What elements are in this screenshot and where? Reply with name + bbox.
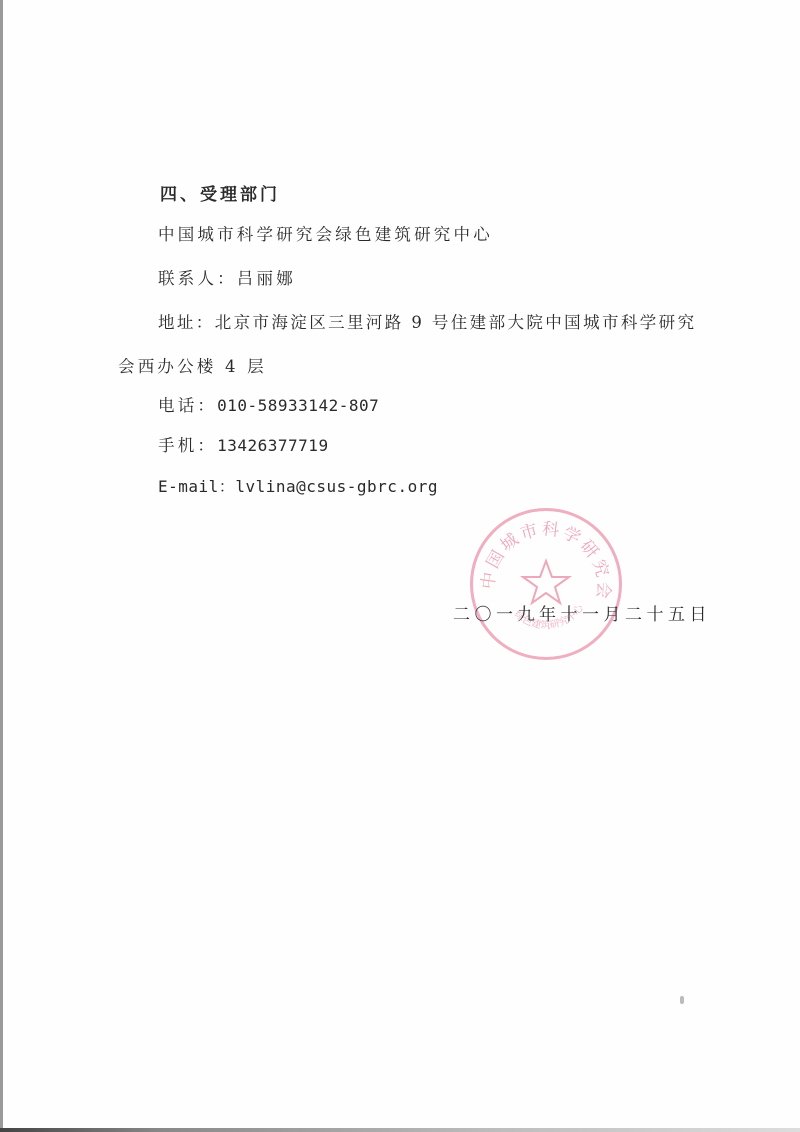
scan-edge-left	[0, 0, 3, 1132]
mobile-label: 手机：	[158, 436, 217, 455]
email-address: lvlina@csus-gbrc.org	[235, 477, 438, 496]
email-row: E-mail：lvlina@csus-gbrc.org	[158, 474, 438, 497]
contact-person: 联系人：吕丽娜	[158, 265, 296, 289]
address-line-2: 会西办公楼 4 层	[118, 353, 267, 377]
phone-row: 电话：010-58933142-807	[158, 392, 379, 416]
scan-speck	[680, 996, 684, 1004]
email-label: E-mail：	[158, 477, 235, 496]
phone-number: 010-58933142-807	[217, 396, 379, 415]
section-heading: 四、受理部门	[160, 180, 280, 205]
phone-label: 电话：	[158, 396, 217, 415]
document-date: 二〇一九年十一月二十五日	[453, 600, 711, 625]
document-page: 四、受理部门 中国城市科学研究会绿色建筑研究中心 联系人：吕丽娜 地址：北京市海…	[0, 0, 800, 1132]
mobile-row: 手机：13426377719	[158, 432, 329, 456]
scan-edge-bottom	[0, 1128, 800, 1132]
address-line-1: 地址：北京市海淀区三里河路 9 号住建部大院中国城市科学研究	[158, 309, 697, 333]
official-seal: 中国城市科学研究会 绿色建筑研究中心	[470, 508, 622, 660]
seal-star-icon: 中国城市科学研究会 绿色建筑研究中心	[473, 511, 619, 657]
mobile-number: 13426377719	[217, 436, 328, 455]
organization-name: 中国城市科学研究会绿色建筑研究中心	[158, 221, 493, 245]
